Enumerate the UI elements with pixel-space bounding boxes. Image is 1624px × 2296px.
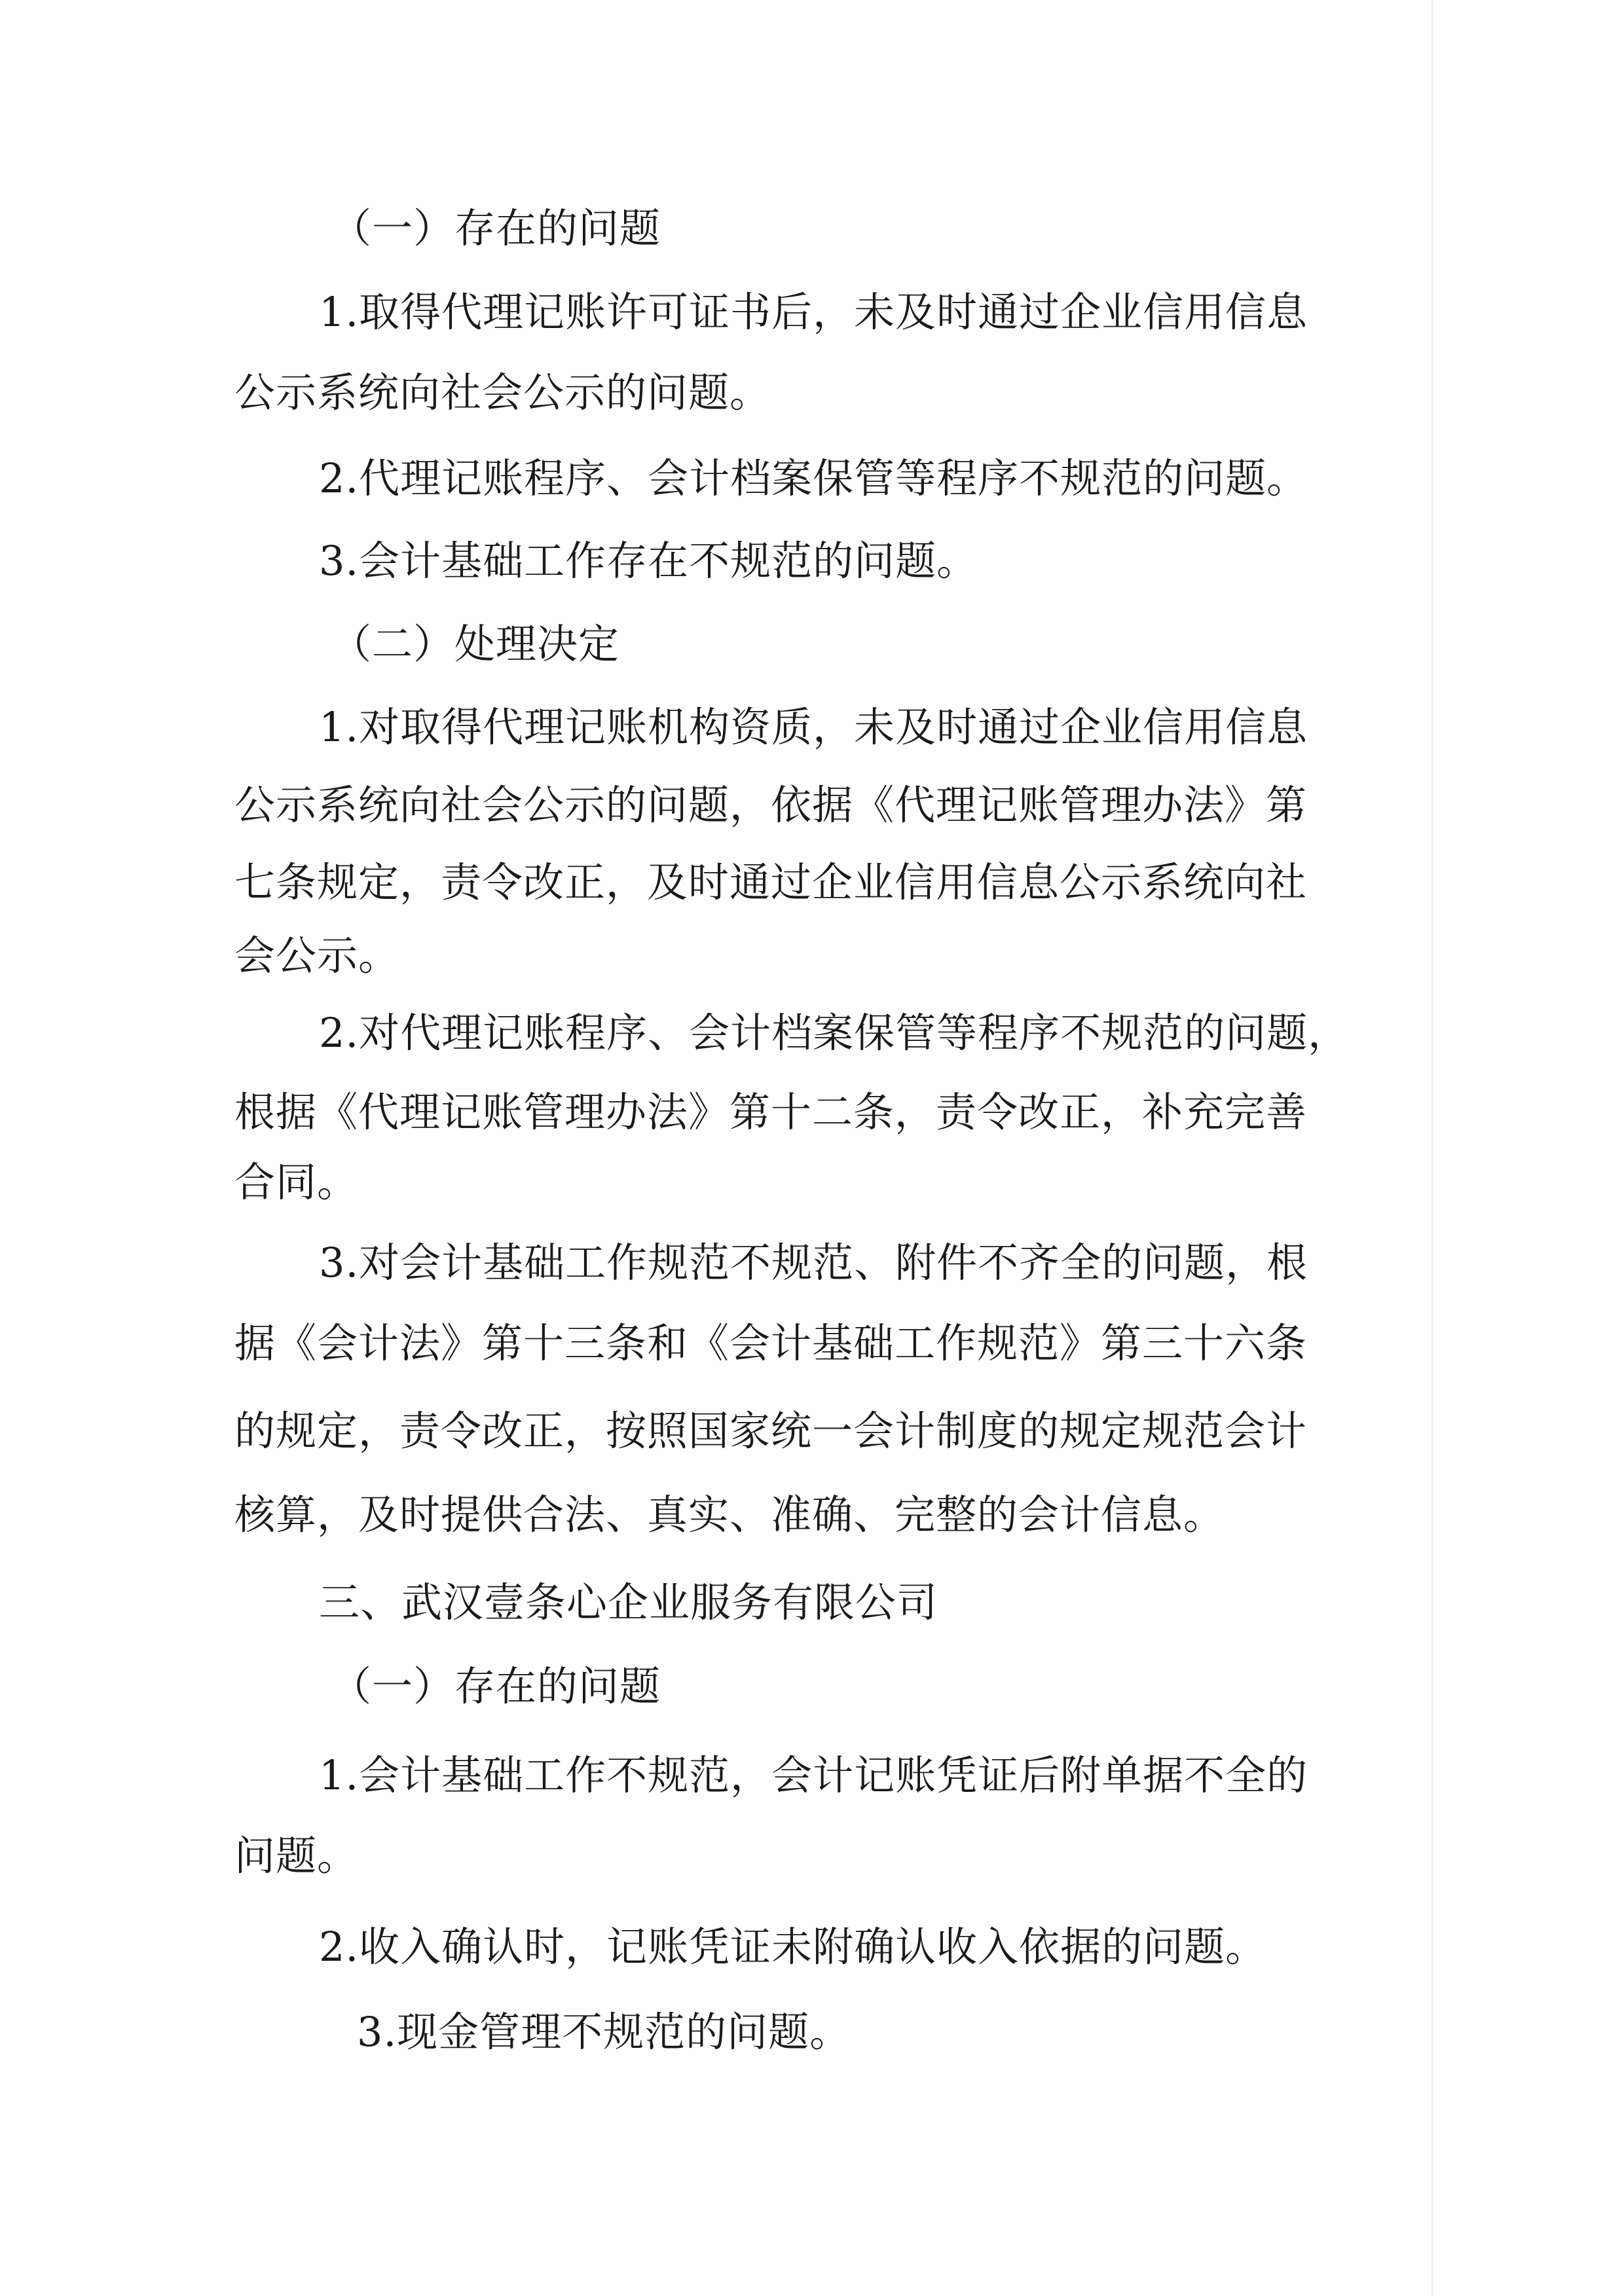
problem-item-1-cont: 公示系统向社会公示的问题。: [234, 373, 771, 413]
decision-item-2-cont: 根据《代理记账管理办法》第十二条，责令改正，补充完善: [234, 1092, 1307, 1133]
section-heading-problems-2: （一）存在的问题: [331, 1666, 661, 1707]
decision-item-1-cont: 七条规定，责令改正，及时通过企业信用信息公示系统向社: [234, 862, 1307, 903]
company-heading: 三、武汉壹条心企业服务有限公司: [319, 1582, 938, 1623]
document-page: （一）存在的问题 1.取得代理记账许可证书后，未及时通过企业信用信息 公示系统向…: [0, 0, 1624, 2296]
decision-item-1: 1.对取得代理记账机构资质，未及时通过企业信用信息: [319, 707, 1308, 748]
decision-item-2: 2.对代理记账程序、会计档案保管等程序不规范的问题，: [319, 1013, 1349, 1053]
section-heading-decisions: （二）处理决定: [331, 624, 619, 665]
problem-item-3b: 3.现金管理不规范的问题。: [357, 2012, 851, 2052]
problem-item-2: 2.代理记账程序、会计档案保管等程序不规范的问题。: [319, 458, 1308, 499]
decision-item-3-cont: 的规定，责令改正，按照国家统一会计制度的规定规范会计: [234, 1411, 1307, 1451]
decision-item-3: 3.对会计基础工作规范不规范、附件不齐全的问题，根: [319, 1243, 1308, 1283]
problem-item-1b-cont: 问题。: [234, 1836, 358, 1876]
decision-item-2-cont: 合同。: [234, 1162, 358, 1203]
scan-edge-line: [1431, 0, 1433, 2296]
decision-item-3-cont: 核算，及时提供合法、真实、准确、完整的会计信息。: [234, 1495, 1225, 1535]
problem-item-1: 1.取得代理记账许可证书后，未及时通过企业信用信息: [319, 292, 1308, 333]
problem-item-2b: 2.收入确认时，记账凭证未附确认收入依据的问题。: [319, 1927, 1266, 1967]
decision-item-1-cont: 公示系统向社会公示的问题，依据《代理记账管理办法》第: [234, 785, 1307, 826]
decision-item-3-cont: 据《会计法》第十三条和《会计基础工作规范》第三十六条: [234, 1323, 1307, 1364]
decision-item-1-cont: 会公示。: [234, 936, 399, 976]
section-heading-problems: （一）存在的问题: [331, 208, 661, 249]
problem-item-3: 3.会计基础工作存在不规范的问题。: [319, 541, 978, 581]
problem-item-1b: 1.会计基础工作不规范，会计记账凭证后附单据不全的: [319, 1755, 1308, 1796]
